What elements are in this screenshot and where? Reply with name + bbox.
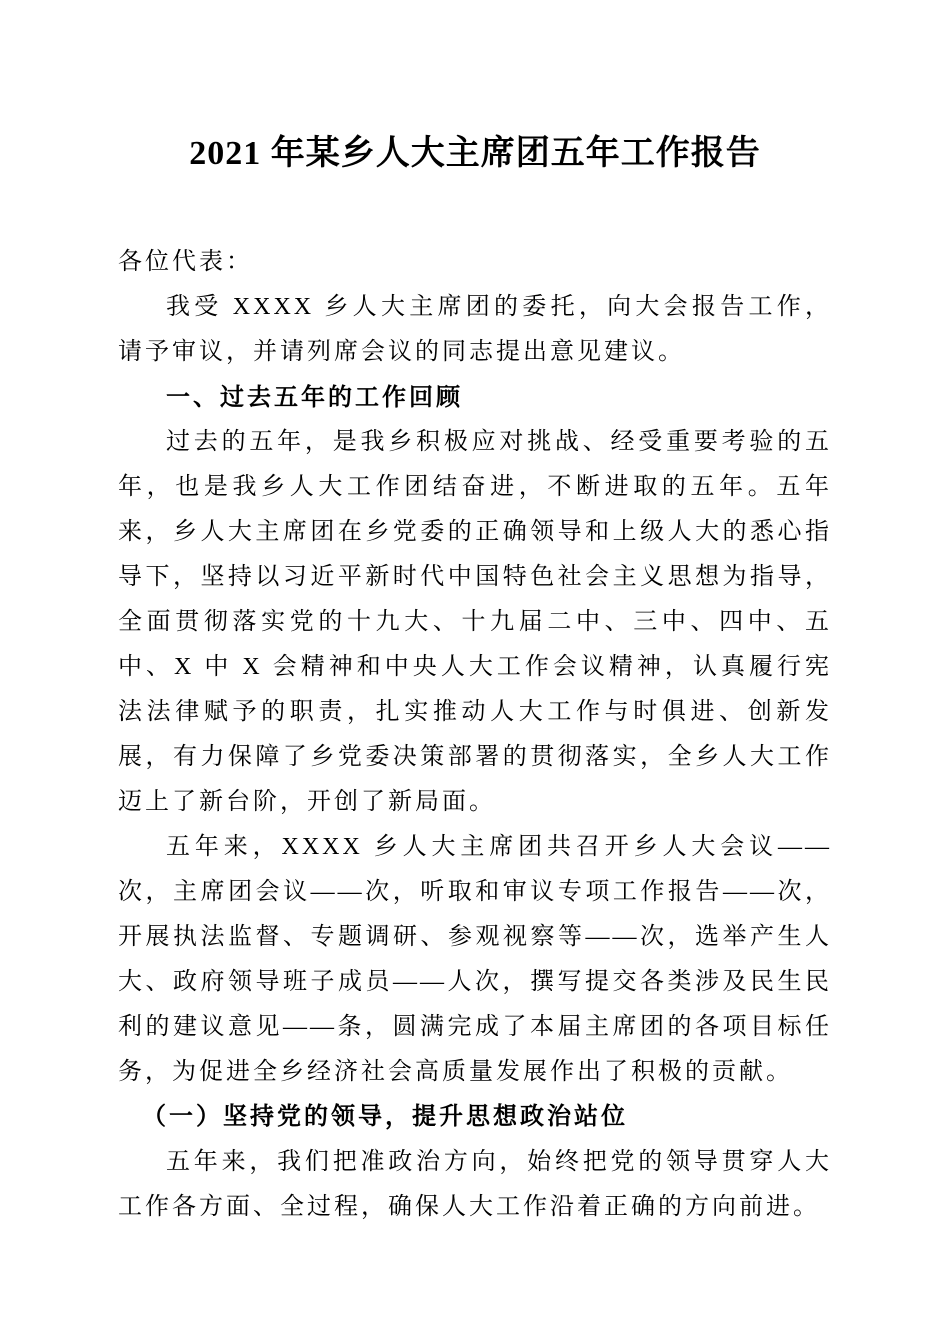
document-body: 各位代表： 我受 XXXX 乡人大主席团的委托，向大会报告工作，请予审议，并请列…: [118, 240, 832, 1230]
opening-paragraph: 我受 XXXX 乡人大主席团的委托，向大会报告工作，请予审议，并请列席会议的同志…: [118, 285, 832, 375]
subsection-1-paragraph-1: 五年来，我们把准政治方向，始终把党的领导贯穿人大工作各方面、全过程，确保人大工作…: [118, 1140, 832, 1230]
document-page: 2021 年某乡人大主席团五年工作报告 各位代表： 我受 XXXX 乡人大主席团…: [0, 0, 950, 1344]
salutation: 各位代表：: [118, 240, 832, 285]
section-1-paragraph-1: 过去的五年，是我乡积极应对挑战、经受重要考验的五年，也是我乡人大工作团结奋进，不…: [118, 420, 832, 825]
subsection-1-heading: （一）坚持党的领导，提升思想政治站位: [118, 1095, 832, 1140]
section-1-paragraph-2: 五年来，XXXX 乡人大主席团共召开乡人大会议——次，主席团会议——次，听取和审…: [118, 825, 832, 1095]
section-1-heading: 一、过去五年的工作回顾: [118, 375, 832, 420]
document-title: 2021 年某乡人大主席团五年工作报告: [118, 118, 832, 190]
